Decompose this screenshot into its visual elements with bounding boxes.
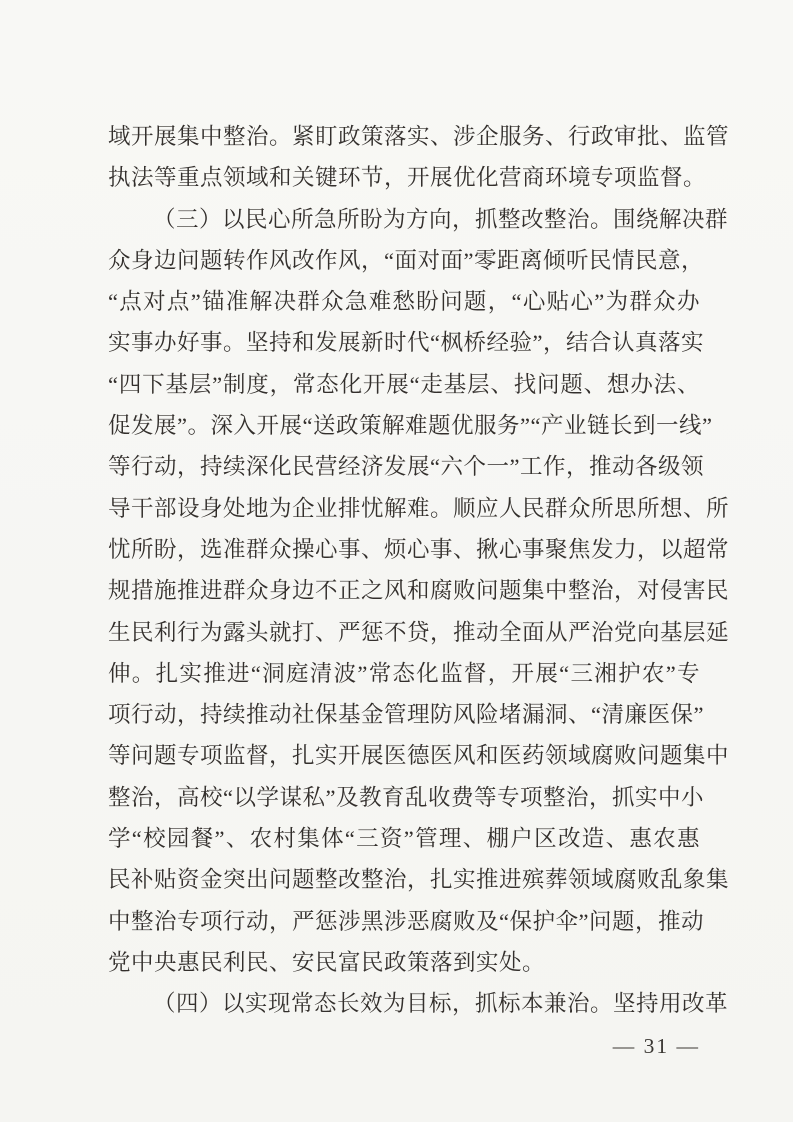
text-line: 促发展”。深入开展“送政策解难题优服务”“产业链长到一线” — [108, 405, 700, 446]
text-line-section-three-start: （三）以民心所急所盼为方向，抓整改整治。围绕解决群 — [108, 199, 700, 240]
text-line: 规措施推进群众身边不正之风和腐败问题集中整治，对侵害民 — [108, 570, 700, 611]
document-text-block: 域开展集中整治。紧盯政策落实、涉企服务、行政审批、监管 执法等重点领域和关键环节… — [108, 116, 700, 1025]
text-line: 忧所盼，选准群众操心事、烦心事、揪心事聚焦发力，以超常 — [108, 529, 700, 570]
text-line: 实事办好事。坚持和发展新时代“枫桥经验”，结合认真落实 — [108, 322, 700, 363]
text-line-section-four-start: （四）以实现常态长效为目标，抓标本兼治。坚持用改革 — [108, 983, 700, 1024]
text-line: “点对点”锚准解决群众急难愁盼问题，“心贴心”为群众办 — [108, 281, 700, 322]
text-line: 项行动，持续推动社保基金管理防风险堵漏洞、“清廉医保” — [108, 694, 700, 735]
page-number: — 31 — — [613, 1034, 700, 1059]
text-line: 整治，高校“以学谋私”及教育乱收费等专项整治，抓实中小 — [108, 777, 700, 818]
text-line: 众身边问题转作风改作风，“面对面”零距离倾听民情民意， — [108, 240, 700, 281]
text-line-paragraph-end: 党中央惠民利民、安民富民政策落到实处。 — [108, 942, 700, 983]
text-line: 生民利行为露头就打、严惩不贷，推动全面从严治党向基层延 — [108, 612, 700, 653]
text-line: 民补贴资金突出问题整改整治，扎实推进殡葬领域腐败乱象集 — [108, 859, 700, 900]
text-line: 伸。扎实推进“洞庭清波”常态化监督，开展“三湘护农”专 — [108, 653, 700, 694]
text-line: 学“校园餐”、农村集体“三资”管理、棚户区改造、惠农惠 — [108, 818, 700, 859]
text-line: “四下基层”制度，常态化开展“走基层、找问题、想办法、 — [108, 364, 700, 405]
text-line: 等问题专项监督，扎实开展医德医风和医药领域腐败问题集中 — [108, 735, 700, 776]
text-line: 域开展集中整治。紧盯政策落实、涉企服务、行政审批、监管 — [108, 116, 700, 157]
document-page: 域开展集中整治。紧盯政策落实、涉企服务、行政审批、监管 执法等重点领域和关键环节… — [0, 0, 793, 1122]
text-line: 导干部设身处地为企业排忧解难。顺应人民群众所思所想、所 — [108, 488, 700, 529]
text-line: 等行动，持续深化民营经济发展“六个一”工作，推动各级领 — [108, 446, 700, 487]
text-line: 执法等重点领域和关键环节，开展优化营商环境专项监督。 — [108, 157, 700, 198]
text-line: 中整治专项行动，严惩涉黑涉恶腐败及“保护伞”问题，推动 — [108, 901, 700, 942]
